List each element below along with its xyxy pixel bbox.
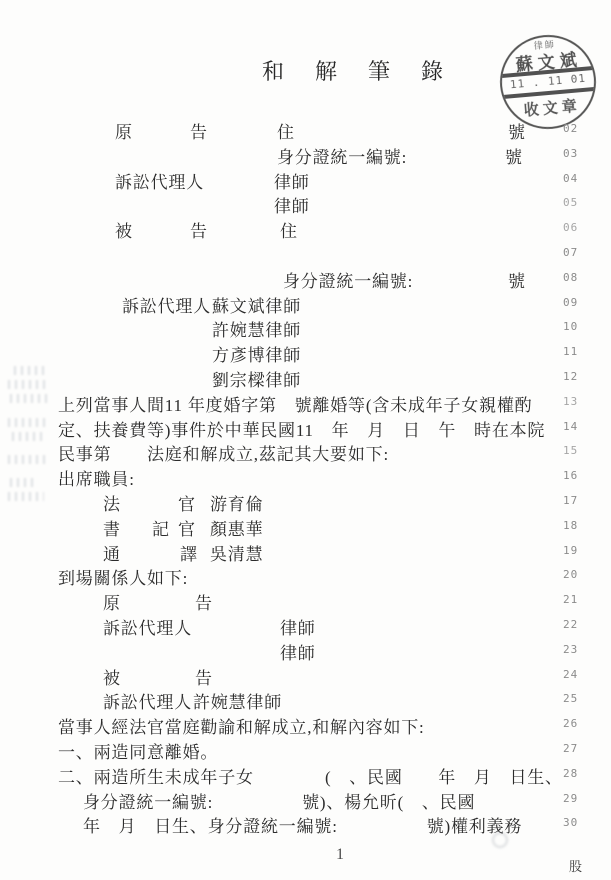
line-text-segment: 住 — [280, 217, 298, 242]
document-line: 上列當事人間11 年度婚字第 號離婚等(含未成年子女親權酌13 — [0, 391, 611, 416]
line-number: 11 — [563, 345, 578, 358]
document-line: 訴訟代理人律師22 — [0, 614, 611, 639]
line-number: 17 — [563, 494, 578, 507]
line-text-segment: 當事人經法官當庭勸諭和解成立,和解內容如下: — [58, 713, 425, 738]
line-number: 28 — [563, 767, 578, 780]
line-text-segment: 住 — [277, 118, 295, 143]
line-text-segment: 顏惠華 — [210, 515, 263, 540]
line-number: 04 — [563, 172, 578, 185]
bleed-through-marks — [8, 380, 48, 389]
line-text-segment: 到場關係人如下: — [58, 564, 188, 589]
document-line: 訴訟代理人律師04 — [0, 168, 611, 193]
line-text-segment: 定、扶養費等)事件於中華民國11 年 月 日 午 時在本院 — [58, 416, 545, 441]
line-text-segment: 律師 — [274, 168, 310, 193]
document-line: 被告住06 — [0, 217, 611, 242]
document-line: 民事第 法庭和解成立,茲記其大要如下:15 — [0, 440, 611, 465]
bleed-through-marks — [10, 394, 48, 403]
line-text-segment: 身分證統一編號: — [277, 143, 407, 168]
line-text-segment: 被 — [115, 217, 133, 242]
ink-smudge — [492, 832, 508, 848]
line-text-segment: 年 月 日生、身分證統一編號: 號)權利義務 — [83, 812, 522, 837]
line-text-segment: 記 — [152, 515, 170, 540]
line-number: 07 — [563, 246, 578, 259]
line-text-segment: 劉宗樑律師 — [212, 366, 301, 391]
document-line: 劉宗樑律師12 — [0, 366, 611, 391]
line-text-segment: 律師 — [280, 614, 316, 639]
line-text-segment: 官 — [178, 515, 196, 540]
line-text-segment: 通 — [103, 540, 121, 565]
line-text-segment: 游育倫 — [210, 490, 263, 515]
document-line: 原告住號02 — [0, 118, 611, 143]
bleed-through-marks — [10, 478, 34, 487]
line-number: 12 — [563, 370, 578, 383]
line-text-segment: 上列當事人間11 年度婚字第 號離婚等(含未成年子女親權酌 — [58, 391, 532, 416]
scanned-court-document: 和解筆錄 律師 蘇文斌 11 . 11 01 收文章 原告住號02身分證統一編號… — [0, 0, 611, 880]
document-line: 訴訟代理人許婉慧律師25 — [0, 688, 611, 713]
line-text-segment: 方彥博律師 — [212, 341, 301, 366]
line-number: 08 — [563, 271, 578, 284]
document-line: 律師23 — [0, 639, 611, 664]
bleed-through-marks — [8, 418, 50, 427]
line-text-segment: 訴訟代理人 — [103, 614, 192, 639]
line-number: 26 — [563, 717, 578, 730]
line-text-segment: 訴訟代理人 — [122, 292, 211, 317]
line-text-segment: 一、兩造同意離婚。 — [58, 738, 218, 763]
document-line: 書記官顏惠華18 — [0, 515, 611, 540]
line-text-segment: 書 — [103, 515, 121, 540]
line-text-segment: 訴訟代理人 — [103, 688, 192, 713]
line-text-segment: 律師 — [274, 192, 310, 217]
clerk-section-label: 股 — [569, 856, 582, 875]
document-line: 通譯吳清慧19 — [0, 540, 611, 565]
document-line: 身分證統一編號:號08 — [0, 267, 611, 292]
line-number: 27 — [563, 742, 578, 755]
line-text-segment: 身分證統一編號: 號)、楊允昕( 、民國 — [83, 788, 475, 813]
line-text-segment: 二、兩造所生未成年子女 ( 、民國 年 月 日生、 — [58, 763, 563, 788]
line-text-segment: 官 — [178, 490, 196, 515]
line-number: 10 — [563, 320, 578, 333]
line-text-segment: 號 — [508, 118, 526, 143]
document-line: 身分證統一編號:號03 — [0, 143, 611, 168]
line-text-segment: 被 — [103, 664, 121, 689]
line-text-segment: 出席職員: — [58, 465, 135, 490]
document-line: 訴訟代理人蘇文斌律師09 — [0, 292, 611, 317]
line-number: 25 — [563, 692, 578, 705]
document-line: 當事人經法官當庭勸諭和解成立,和解內容如下:26 — [0, 713, 611, 738]
line-text-segment: 告 — [195, 589, 213, 614]
line-text-segment: 訴訟代理人 — [115, 168, 204, 193]
line-number: 02 — [563, 122, 578, 135]
line-text-segment: 律師 — [280, 639, 316, 664]
document-line: 年 月 日生、身分證統一編號: 號)權利義務30 — [0, 812, 611, 837]
line-number: 19 — [563, 544, 578, 557]
line-text-segment: 民事第 法庭和解成立,茲記其大要如下: — [58, 440, 389, 465]
line-number: 18 — [563, 519, 578, 532]
line-number: 13 — [563, 395, 578, 408]
line-number: 22 — [563, 618, 578, 631]
document-lines: 原告住號02身分證統一編號:號03訴訟代理人律師04律師05被告住0607身分證… — [0, 0, 611, 880]
line-text-segment: 法 — [103, 490, 121, 515]
line-number: 24 — [563, 668, 578, 681]
line-text-segment: 許婉慧律師 — [193, 688, 282, 713]
line-text-segment: 許婉慧律師 — [212, 316, 301, 341]
line-number: 30 — [563, 816, 578, 829]
document-line: 身分證統一編號: 號)、楊允昕( 、民國29 — [0, 788, 611, 813]
bleed-through-marks — [12, 432, 42, 441]
line-text-segment: 原 — [103, 589, 121, 614]
document-line: 被告24 — [0, 664, 611, 689]
document-line: 方彥博律師11 — [0, 341, 611, 366]
line-number: 06 — [563, 221, 578, 234]
line-number: 20 — [563, 568, 578, 581]
line-number: 05 — [563, 196, 578, 209]
line-text-segment: 號 — [508, 267, 526, 292]
line-text-segment: 告 — [190, 118, 208, 143]
line-number: 15 — [563, 444, 578, 457]
line-text-segment: 號 — [505, 143, 523, 168]
document-line: 定、扶養費等)事件於中華民國11 年 月 日 午 時在本院14 — [0, 416, 611, 441]
bleed-through-marks — [14, 366, 48, 375]
line-text-segment: 身分證統一編號: — [283, 267, 413, 292]
line-text-segment: 告 — [190, 217, 208, 242]
document-line: 二、兩造所生未成年子女 ( 、民國 年 月 日生、28 — [0, 763, 611, 788]
document-line: 到場關係人如下:20 — [0, 564, 611, 589]
line-number: 21 — [563, 593, 578, 606]
document-line: 07 — [0, 242, 611, 267]
line-text-segment: 告 — [195, 664, 213, 689]
line-number: 03 — [563, 147, 578, 160]
line-number: 16 — [563, 469, 578, 482]
bleed-through-marks — [8, 492, 44, 501]
line-number: 09 — [563, 296, 578, 309]
line-number: 14 — [563, 420, 578, 433]
bleed-through-marks — [8, 455, 48, 464]
line-text-segment: 譯 — [180, 540, 198, 565]
document-line: 律師05 — [0, 192, 611, 217]
line-number: 29 — [563, 792, 578, 805]
line-text-segment: 蘇文斌律師 — [212, 292, 301, 317]
line-text-segment: 吳清慧 — [210, 540, 263, 565]
document-line: 出席職員:16 — [0, 465, 611, 490]
document-line: 一、兩造同意離婚。27 — [0, 738, 611, 763]
line-number: 23 — [563, 643, 578, 656]
document-line: 法官游育倫17 — [0, 490, 611, 515]
page-number: 1 — [336, 846, 344, 864]
line-text-segment: 原 — [115, 118, 133, 143]
document-line: 許婉慧律師10 — [0, 316, 611, 341]
document-line: 原告21 — [0, 589, 611, 614]
